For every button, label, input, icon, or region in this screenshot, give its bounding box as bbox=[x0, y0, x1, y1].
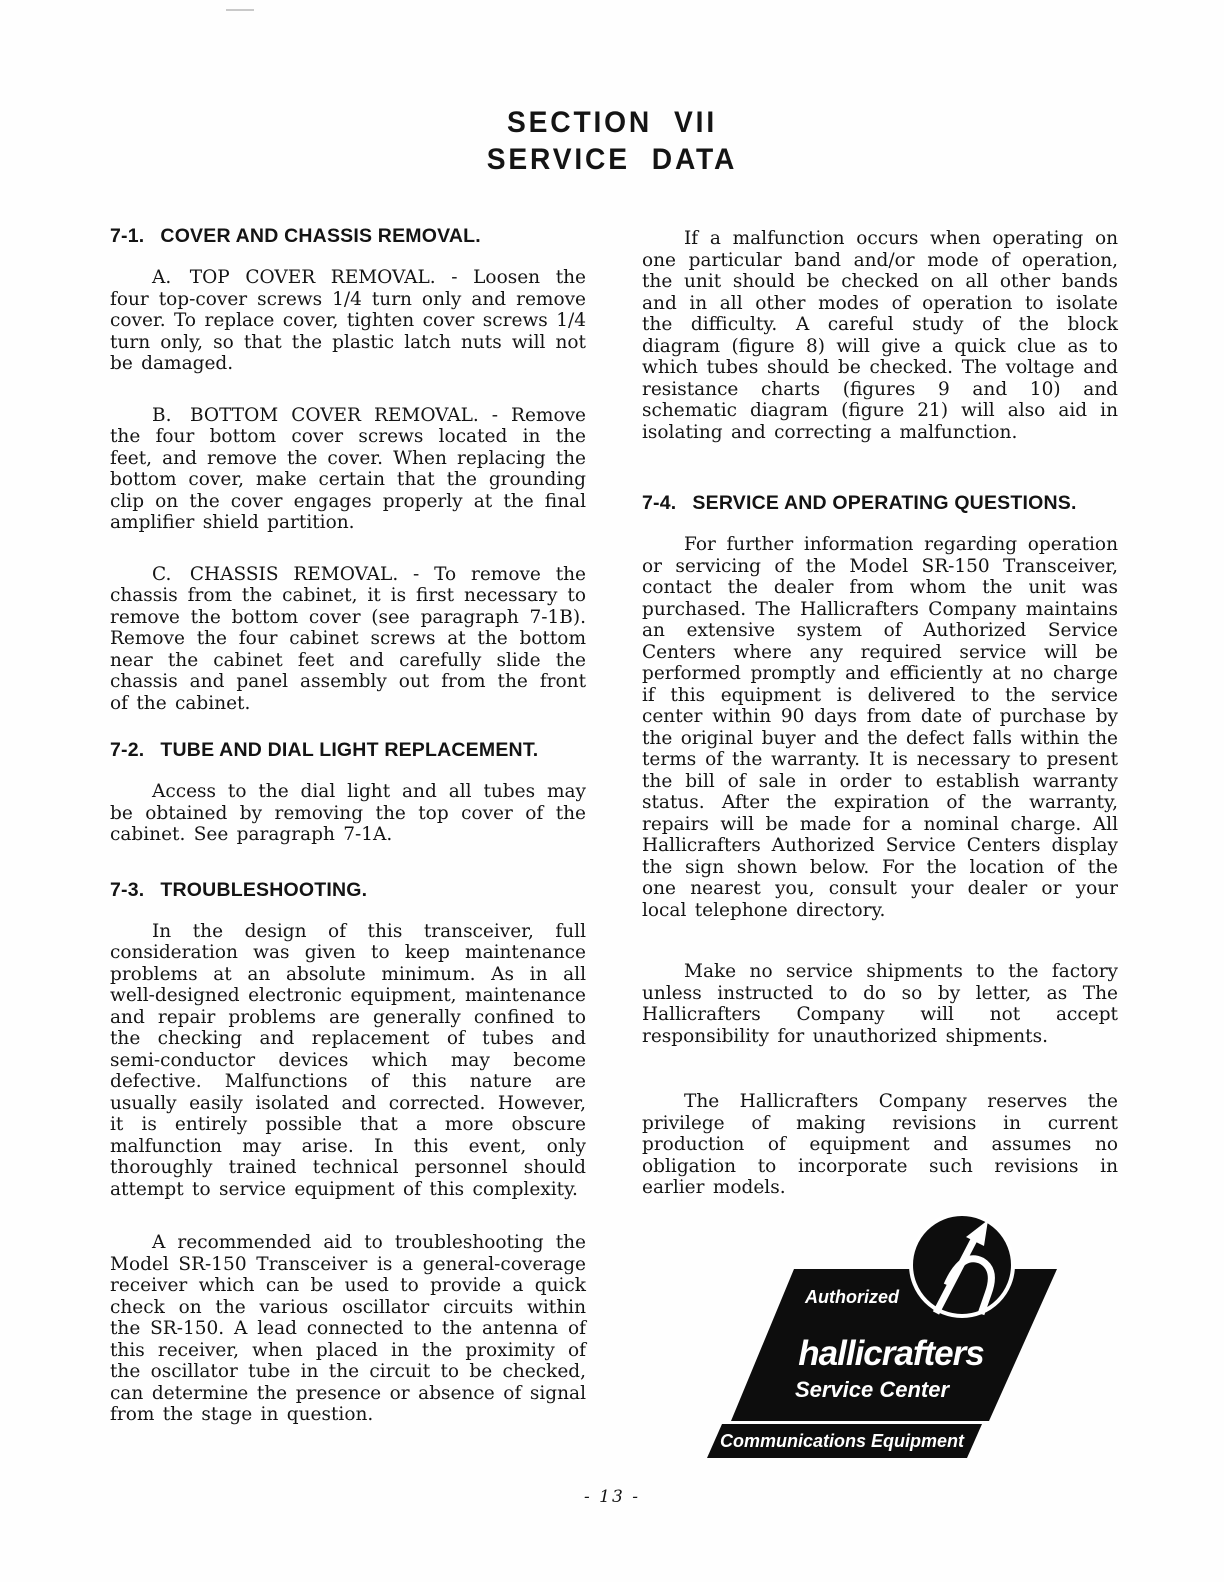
section-title-line2: SERVICE DATA bbox=[37, 141, 1188, 178]
badge-brand-label: hallicrafters bbox=[798, 1334, 984, 1373]
heading-7-2: 7-2.TUBE AND DIAL LIGHT REPLACEMENT. bbox=[110, 738, 586, 762]
two-column-body: 7-1.COVER AND CHASSIS REMOVAL. A. TOP CO… bbox=[0, 224, 1224, 1465]
paragraph-bottom-cover-removal: B. BOTTOM COVER REMOVAL. - Remove the fo… bbox=[110, 405, 586, 534]
left-column: 7-1.COVER AND CHASSIS REMOVAL. A. TOP CO… bbox=[110, 224, 586, 1465]
section-header: SECTION VII SERVICE DATA bbox=[0, 0, 1224, 178]
heading-7-1-number: 7-1. bbox=[110, 225, 144, 247]
heading-7-4: 7-4.SERVICE AND OPERATING QUESTIONS. bbox=[642, 491, 1118, 515]
paragraph-revisions-reserved: The Hallicrafters Company reserves the p… bbox=[642, 1091, 1118, 1199]
heading-7-2-number: 7-2. bbox=[110, 739, 144, 761]
paragraph-top-cover-removal: A. TOP COVER REMOVAL. - Loosen the four … bbox=[110, 267, 586, 375]
heading-7-3-number: 7-3. bbox=[110, 879, 144, 901]
heading-7-1: 7-1.COVER AND CHASSIS REMOVAL. bbox=[110, 224, 586, 248]
hallicrafters-badge-graphic: Authorized hallicrafters Service Center … bbox=[704, 1213, 1064, 1465]
paragraph-tube-dial-light: Access to the dial light and all tubes m… bbox=[110, 781, 586, 846]
right-column: If a malfunction occurs when operating o… bbox=[642, 224, 1118, 1465]
heading-7-3: 7-3.TROUBLESHOOTING. bbox=[110, 878, 586, 902]
paragraph-malfunction-isolation: If a malfunction occurs when operating o… bbox=[642, 228, 1118, 443]
heading-7-4-title: SERVICE AND OPERATING QUESTIONS. bbox=[692, 492, 1076, 514]
manual-page: SECTION VII SERVICE DATA 7-1.COVER AND C… bbox=[0, 0, 1224, 1582]
scan-artifact-dash bbox=[226, 9, 254, 11]
paragraph-chassis-removal: C. CHASSIS REMOVAL. - To remove the chas… bbox=[110, 564, 586, 715]
paragraph-service-centers: For further information regarding operat… bbox=[642, 534, 1118, 921]
badge-service-center-label: Service Center bbox=[795, 1377, 951, 1402]
paragraph-no-service-shipments: Make no service shipments to the factory… bbox=[642, 961, 1118, 1047]
badge-strip-label: Communications Equipment bbox=[720, 1431, 965, 1451]
section-title-line1: SECTION VII bbox=[37, 104, 1188, 141]
heading-7-2-title: TUBE AND DIAL LIGHT REPLACEMENT. bbox=[160, 739, 538, 761]
hallicrafters-service-center-badge: Authorized hallicrafters Service Center … bbox=[704, 1213, 1064, 1465]
heading-7-1-title: COVER AND CHASSIS REMOVAL. bbox=[160, 225, 480, 247]
paragraph-troubleshooting-aid: A recommended aid to troubleshooting the… bbox=[110, 1232, 586, 1426]
heading-7-4-number: 7-4. bbox=[642, 492, 676, 514]
heading-7-3-title: TROUBLESHOOTING. bbox=[160, 879, 367, 901]
page-number: - 13 - bbox=[0, 1487, 1224, 1507]
badge-authorized-label: Authorized bbox=[804, 1287, 900, 1307]
paragraph-troubleshooting-design: In the design of this transceiver, full … bbox=[110, 921, 586, 1201]
